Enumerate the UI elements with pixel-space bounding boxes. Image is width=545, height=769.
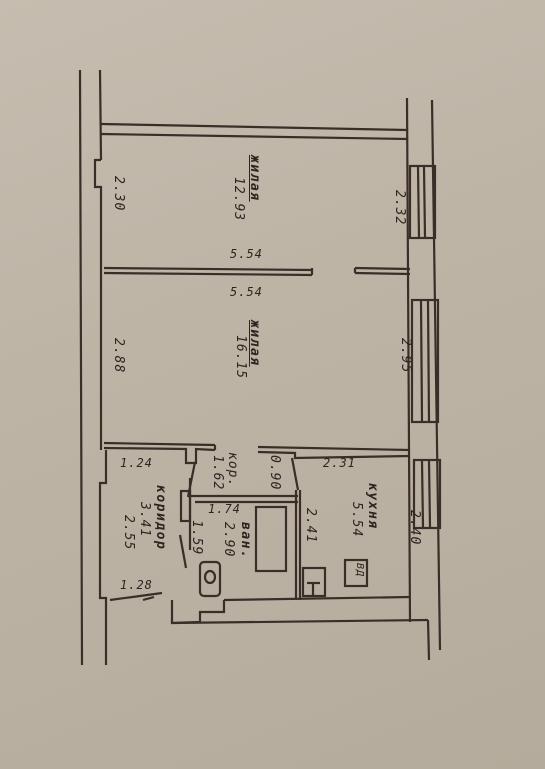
dim-bath-width: 1.74 [208,502,241,516]
room-area-corridor-2: 1.62 [210,455,225,490]
dim-living-1-right: 2.32 [392,190,407,225]
dim-kitchen-left: 2.41 [303,508,318,543]
room-name-corridor: коридор [153,485,168,550]
dim-living-1-left: 2.30 [111,176,126,211]
dim-kitchen-right: 2.40 [407,510,422,545]
room-area-corridor: 3.41 [137,502,152,537]
dim-living-1-length: 5.54 [230,247,263,261]
stove-icon: ВД [354,563,365,577]
room-area-kitchen: 5.54 [349,502,364,537]
floor-plan-drawing [0,0,545,769]
dim-corridor-top: 1.24 [120,456,153,470]
room-area-living-1: 12.93 [231,177,246,221]
room-name-corridor-2: кор. [225,452,240,487]
dim-living-2-left: 2.88 [111,338,126,373]
dim-kitchen-door: 0.90 [267,455,282,490]
dim-living-2-right: 2.95 [398,338,413,373]
room-area-living-2: 16.15 [233,335,248,379]
room-name-living-2: жилая [247,320,262,367]
dim-corridor-bottom: 1.28 [120,578,153,592]
dim-living-2-length: 5.54 [230,285,263,299]
room-name-living-1: жилая [247,155,262,202]
dim-corridor-length: 2.55 [121,515,136,550]
room-area-bath: 2.90 [221,522,236,557]
room-name-bath: ван. [238,522,253,559]
dim-corridor-2: 1.59 [189,520,204,555]
dim-kitchen-top: 2.31 [323,456,356,470]
outer-wall-left-outer [80,70,82,665]
room-name-kitchen: кухня [365,483,380,530]
